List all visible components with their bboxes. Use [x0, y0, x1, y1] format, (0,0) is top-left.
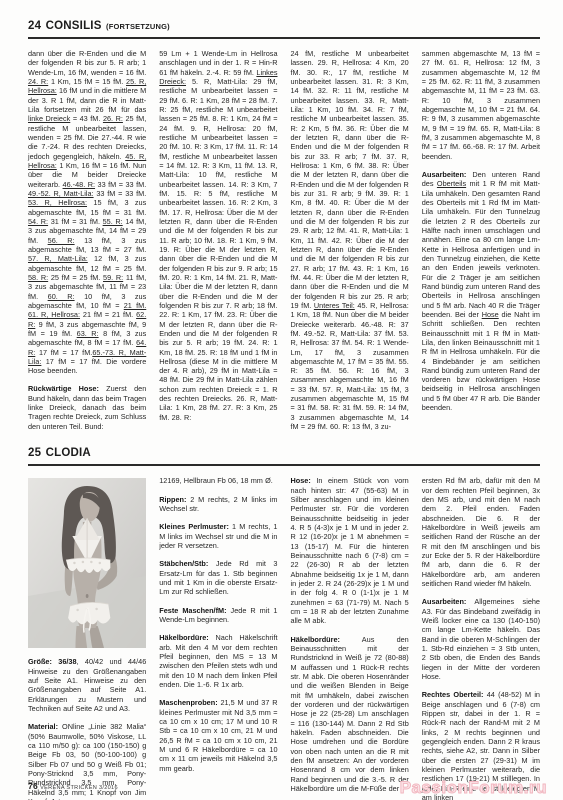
magazine-issue-label: VERENA STRICKEN 3/2016 — [40, 785, 118, 791]
paragraph: Feste Maschen/fM: Jede R mit 1 Wende-Lm … — [159, 606, 277, 625]
paragraph: Größe: 36/38, 40/42 und 44/46 Hinweise z… — [28, 657, 146, 713]
page-number: 76 — [28, 781, 38, 791]
section-title: CONSILIS — [46, 20, 102, 32]
section-clodia: 25 CLODIA — [28, 443, 540, 800]
paragraph: Hose: In einem Stück von vorn nach hinte… — [291, 476, 409, 625]
section-number: 25 — [28, 447, 41, 459]
paragraph: Ausarbeiten: Den unteren Rand des Oberte… — [422, 170, 540, 413]
text-column-1: dann über die R-Enden und die M der folg… — [28, 49, 146, 431]
clodia-columns: Größe: 36/38, 40/42 und 44/46 Hinweise z… — [28, 476, 540, 800]
paragraph: Häkelbordüre: Nach Häkelschrift arb. Mit… — [159, 633, 277, 689]
paragraph: Ausarbeiten: Allgemeines siehe A3. Für d… — [422, 597, 540, 681]
text-column-3: Hose: In einem Stück von vorn nach hinte… — [291, 476, 409, 793]
text-column-1: Größe: 36/38, 40/42 und 44/46 Hinweise z… — [28, 476, 146, 800]
paragraph: ersten Rd fM arb, dafür mit den M vor de… — [422, 476, 540, 588]
model-photo — [28, 478, 146, 648]
text-column-2: 12169, Hellbraun Fb 06, 18 mm Ø.Rippen: … — [159, 476, 277, 773]
section-subtitle: (FORTSETZUNG) — [106, 22, 170, 31]
text-column-2: 59 Lm + 1 Wende-Lm in Hellrosa anschlage… — [159, 49, 277, 422]
model-photo-illustration — [28, 478, 146, 648]
paragraph: Kleines Perlmuster: 1 M rechts, 1 M link… — [159, 522, 277, 550]
text-column-3: 24 fM, restliche M unbearbeitet lassen. … — [291, 49, 409, 431]
paragraph: dann über die R-Enden und die M der folg… — [28, 49, 146, 375]
paragraph: Rippen: 2 M rechts, 2 M links im Wechsel… — [159, 495, 277, 514]
watermark: PassionForum.ru — [400, 778, 547, 798]
section-consilis-header: 24 CONSILIS (FORTSETZUNG) — [28, 16, 540, 39]
magazine-page: 24 CONSILIS (FORTSETZUNG) dann über die … — [0, 0, 563, 800]
text-column-4: sammen abgemaschte M, 13 fM = 27 fM. 61.… — [422, 49, 540, 412]
paragraph: sammen abgemaschte M, 13 fM = 27 fM. 61.… — [422, 49, 540, 161]
paragraph: Maschenproben: 21,5 M und 37 R kleines P… — [159, 698, 277, 773]
section-clodia-header: 25 CLODIA — [28, 443, 540, 466]
consilis-columns: dann über die R-Enden und die M der folg… — [28, 49, 540, 431]
paragraph: Stäbchen/Stb: Jede Rd mit 3 Ersatz-Lm fü… — [159, 559, 277, 596]
paragraph: 24 fM, restliche M unbearbeitet lassen. … — [291, 49, 409, 431]
section-consilis: 24 CONSILIS (FORTSETZUNG) dann über die … — [28, 16, 540, 431]
paragraph: Rückwärtige Hose: Zuerst den Bund häkeln… — [28, 384, 146, 431]
text-column-4: ersten Rd fM arb, dafür mit den M vor de… — [422, 476, 540, 800]
page-footer: 76VERENA STRICKEN 3/2016 — [28, 781, 118, 791]
section-number: 24 — [28, 20, 41, 32]
section-title: CLODIA — [46, 447, 91, 459]
paragraph: 12169, Hellbraun Fb 06, 18 mm Ø. — [159, 476, 277, 485]
paragraph: 59 Lm + 1 Wende-Lm in Hellrosa anschlage… — [159, 49, 277, 422]
paragraph: Häkelbordüre: Aus den Beinausschnitten m… — [291, 635, 409, 794]
